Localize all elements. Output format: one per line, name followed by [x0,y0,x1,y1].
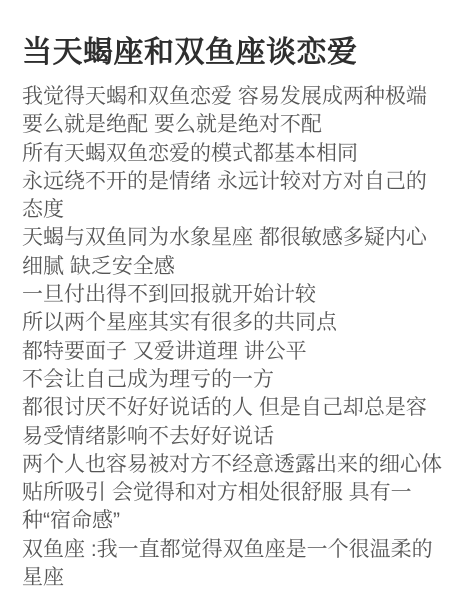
paragraph: 永远绕不开的是情绪 永远计较对方对自己的态度 [22,168,446,225]
paragraph: 一旦付出得不到回报就开始计较 [22,281,446,309]
paragraph: 天蝎与双鱼同为水象星座 都很敏感多疑内心细腻 缺乏安全感 [22,224,446,281]
article-body: 我觉得天蝎和双鱼恋爱 容易发展成两种极端要么就是绝配 要么就是绝对不配所有天蝎双… [22,83,446,592]
article: 当天蝎座和双鱼座谈恋爱 我觉得天蝎和双鱼恋爱 容易发展成两种极端要么就是绝配 要… [0,0,466,592]
paragraph: 双鱼座 :我一直都觉得双鱼座是一个很温柔的星座 [22,536,446,593]
paragraph: 都特要面子 又爱讲道理 讲公平 [22,338,446,366]
paragraph: 两个人也容易被对方不经意透露出来的细心体贴所吸引 会觉得和对方相处很舒服 具有一… [22,451,446,536]
paragraph: 所有天蝎双鱼恋爱的模式都基本相同 [22,140,446,168]
paragraph: 所以两个星座其实有很多的共同点 [22,309,446,337]
paragraph: 不会让自己成为理亏的一方 [22,366,446,394]
page-title: 当天蝎座和双鱼座谈恋爱 [22,34,446,72]
paragraph: 我觉得天蝎和双鱼恋爱 容易发展成两种极端 [22,83,446,111]
paragraph: 都很讨厌不好好说话的人 但是自己却总是容易受情绪影响不去好好说话 [22,394,446,451]
paragraph: 要么就是绝配 要么就是绝对不配 [22,111,446,139]
